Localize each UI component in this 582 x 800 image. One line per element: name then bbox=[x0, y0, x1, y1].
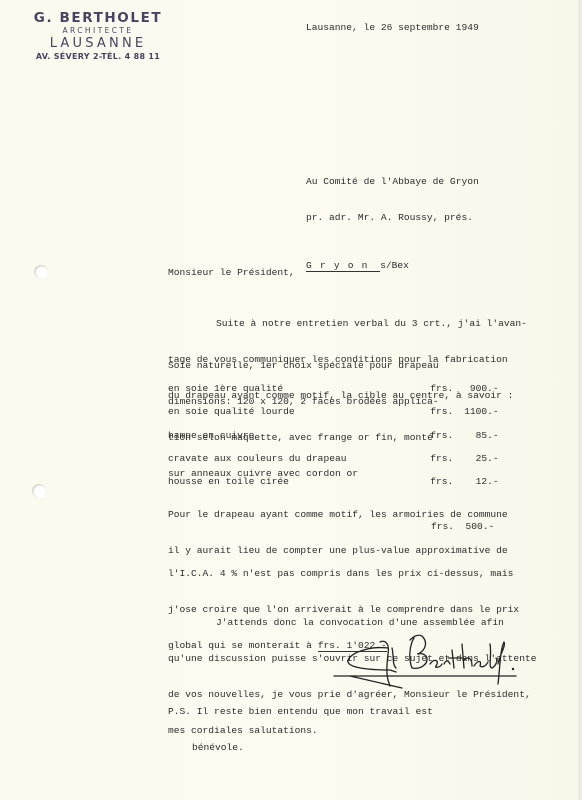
postscript-line-2: bénévole. bbox=[168, 742, 433, 754]
item-price: 1100.- bbox=[464, 406, 508, 418]
postscript-line-1: P.S. Il reste bien entendu que mon trava… bbox=[168, 706, 433, 718]
letterhead: G. BERTHOLET ARCHITECTE LAUSANNE AV. SÉV… bbox=[18, 10, 178, 62]
item-price: 25.- bbox=[464, 453, 508, 465]
item-label: en soie qualité lourde bbox=[168, 406, 430, 418]
ica-line-1: l'I.C.A. 4 % n'est pas compris dans les … bbox=[168, 568, 519, 580]
armoiries-line-1: Pour le drapeau ayant comme motif, les a… bbox=[168, 509, 508, 521]
item-currency: frs. bbox=[430, 383, 464, 395]
price-list: en soie 1ère qualité frs. 900.- en soie … bbox=[168, 383, 508, 499]
item-label: en soie 1ère qualité bbox=[168, 383, 430, 395]
recipient-town-spacer bbox=[369, 260, 381, 272]
armoiries-amount: frs. 500.- bbox=[431, 521, 494, 533]
punch-hole-top bbox=[34, 265, 48, 279]
recipient-line-1: Au Comité de l'Abbaye de Gryon bbox=[306, 176, 479, 188]
item-label: hampe en cuivre bbox=[168, 430, 430, 442]
letterhead-city: LAUSANNE bbox=[18, 36, 178, 51]
letterhead-title: ARCHITECTE bbox=[18, 26, 178, 36]
letter-date: Lausanne, le 26 septembre 1949 bbox=[306, 22, 479, 34]
postscript: P.S. Il reste bien entendu que mon trava… bbox=[168, 682, 433, 778]
item-price: 85.- bbox=[464, 430, 508, 442]
recipient-town-name: G r y o n bbox=[306, 260, 369, 272]
recipient-line-2: pr. adr. Mr. A. Roussy, prés. bbox=[306, 212, 479, 224]
spec-line-1: Soie naturelle, 1er choix spéciale pour … bbox=[168, 360, 439, 372]
letterhead-name: G. BERTHOLET bbox=[18, 10, 178, 26]
intro-line-1: Suite à notre entretien verbal du 3 crt.… bbox=[168, 318, 527, 330]
item-label: cravate aux couleurs du drapeau bbox=[168, 453, 430, 465]
punch-hole-bottom bbox=[32, 484, 46, 498]
item-currency: frs. bbox=[430, 430, 464, 442]
recipient-address: Au Comité de l'Abbaye de Gryon pr. adr. … bbox=[306, 152, 479, 296]
letter-page: G. BERTHOLET ARCHITECTE LAUSANNE AV. SÉV… bbox=[0, 0, 582, 800]
item-price: 900.- bbox=[464, 383, 508, 395]
recipient-town-suffix: s/Bex bbox=[380, 260, 409, 271]
item-currency: frs. bbox=[430, 406, 464, 418]
price-row: hampe en cuivre frs. 85.- bbox=[168, 430, 508, 442]
letterhead-address: AV. SÉVERY 2-TÉL. 4 88 11 bbox=[18, 51, 178, 62]
price-row: cravate aux couleurs du drapeau frs. 25.… bbox=[168, 453, 508, 465]
item-currency: frs. bbox=[430, 453, 464, 465]
price-row: en soie 1ère qualité frs. 900.- bbox=[168, 383, 508, 395]
page-edge bbox=[578, 0, 582, 800]
recipient-town: G r y o n s/Bex bbox=[306, 260, 479, 272]
greeting: Monsieur le Président, bbox=[168, 267, 295, 279]
price-row: en soie qualité lourde frs. 1100.- bbox=[168, 406, 508, 418]
